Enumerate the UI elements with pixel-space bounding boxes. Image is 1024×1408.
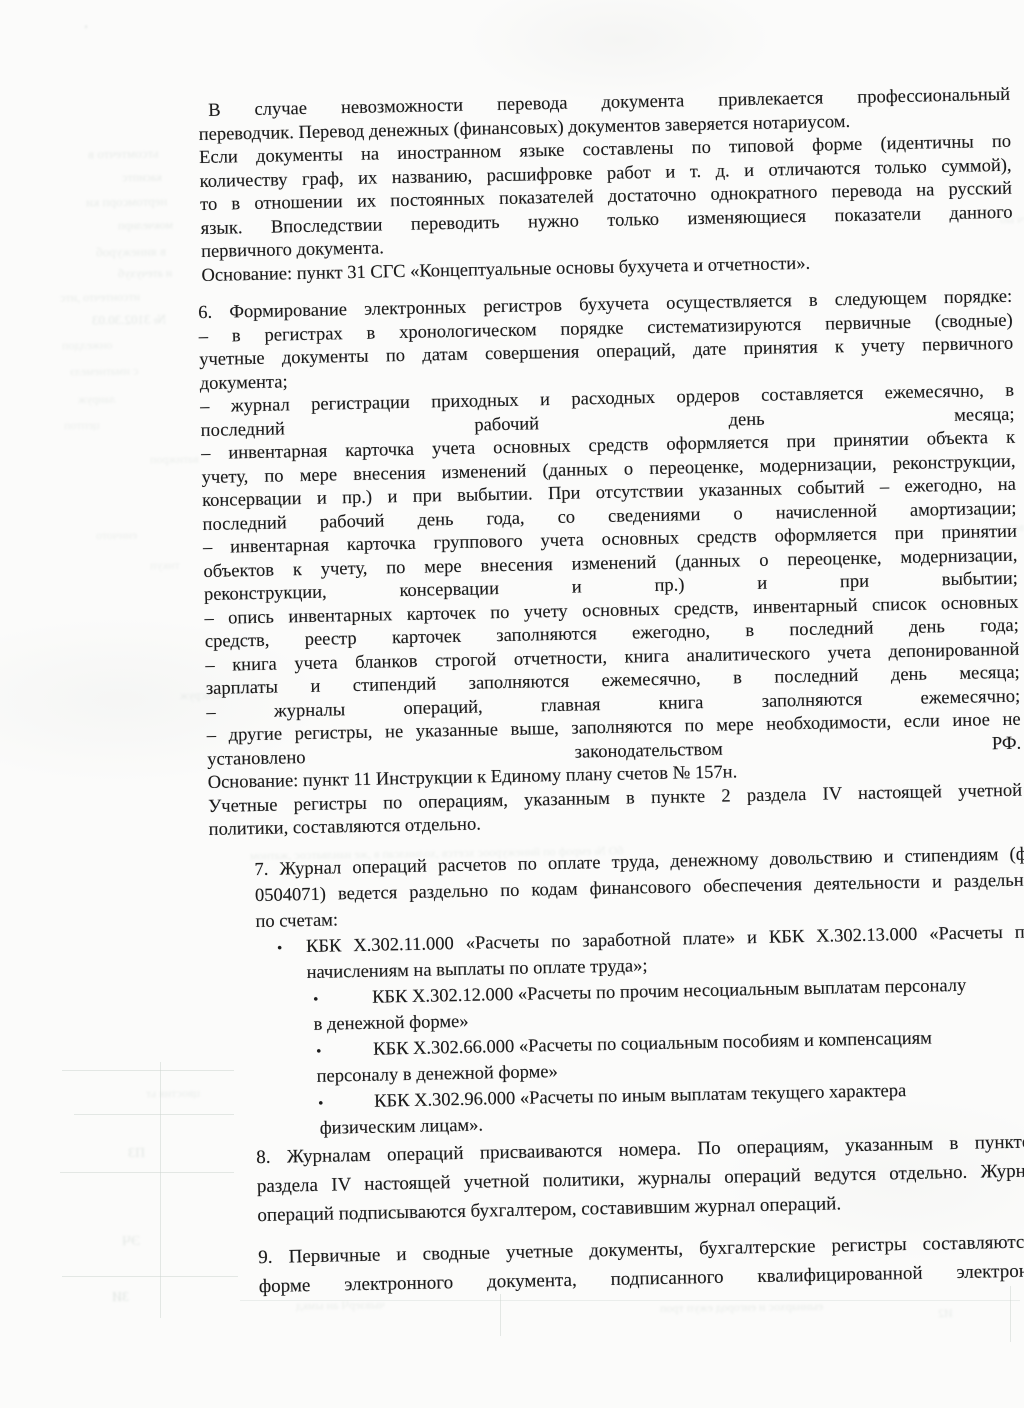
paragraph-9-electronic-documents: 9. Первичные и сводные учетные документы… [258,1227,1024,1301]
bullet-marker-icon: • [313,987,319,1013]
paragraph-6-register-formation: 6. Формирование электронных регистров бу… [198,286,1023,843]
paragraph-translation-rules: В случае невозможности перевода документ… [198,84,1014,288]
bullet-marker-icon: • [316,1039,322,1065]
bullet-marker-icon: • [318,1091,324,1117]
paragraph-7-payroll-journal: 7. Журнал операций расчетов по оплате тр… [254,841,1024,1143]
bullet-marker-icon: • [277,936,283,962]
text-layer: В случае невозможности перевода документ… [0,0,1024,1408]
scanned-document-page: ’ьтсомтечто вкасиптснертомсорп кимокчели… [0,0,1024,1408]
paragraph-8-journal-numbers: 8. Журналам операций присваиваются номер… [256,1127,1024,1230]
